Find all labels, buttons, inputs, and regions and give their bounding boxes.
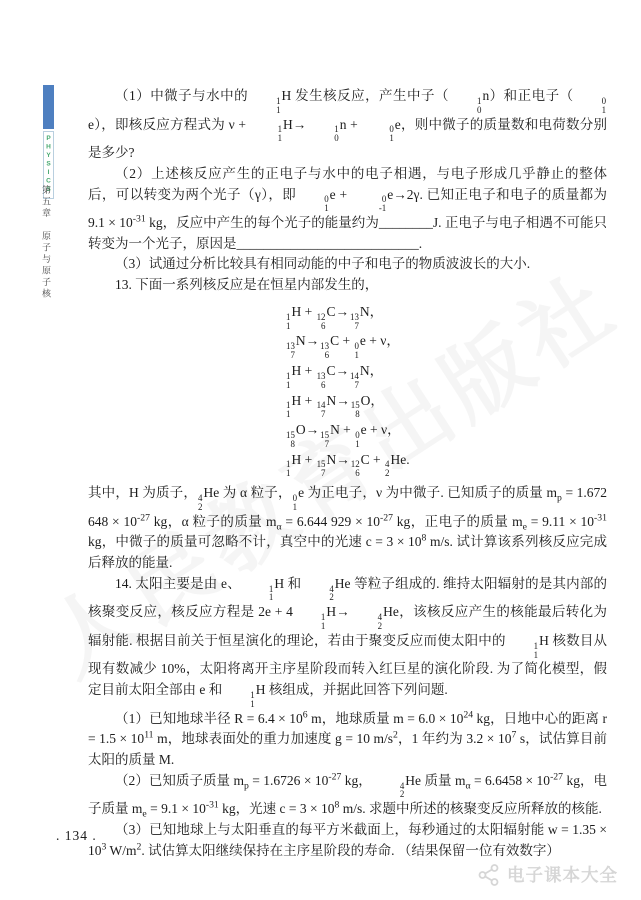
problem-12-part-3: （3）试通过分析比较具有相同动能的中子和电子的物质波波长的大小.: [88, 254, 607, 275]
problem-14-intro: 14. 太阳主要是由 e、11H 和42He 等粒子组成的. 维持太阳辐射的是其…: [88, 574, 607, 709]
brand-watermark: 电子课本大全: [477, 862, 618, 887]
chapter-vertical-label: 第五章 原子与原子核: [40, 185, 53, 300]
brand-name: 电子课本大全: [507, 862, 618, 887]
equation-line-2: 137N→136C + 01e + ν，: [285, 330, 607, 360]
problem-14-part-3: （3）已知地球上与太阳垂直的每平方米截面上，每秒通过的太阳辐射能 w = 1.3…: [88, 820, 607, 861]
page-content: （1）中微子与水中的11H 发生核反应，产生中子（10n）和正电子（01e），即…: [88, 86, 607, 861]
problem-14-part-2: （2）已知质子质量 mp = 1.6726 × 10-27 kg，42He 质量…: [88, 771, 607, 820]
page-number: . 134 .: [56, 828, 97, 844]
problem-13-body: 其中，H 为质子，42He 为 α 粒子，01e 为正电子，ν 为中微子. 已知…: [88, 483, 607, 574]
nuclear-reaction-equations: 11H + 126C→137N， 137N→136C + 01e + ν， 11…: [285, 301, 607, 478]
equation-line-4: 11H + 147N→158O，: [285, 390, 607, 420]
equation-line-3: 11H + 136C→147N，: [285, 360, 607, 390]
problem-13-intro: 13. 下面一系列核反应是在恒星内部发生的，: [88, 275, 607, 296]
share-icon: [477, 863, 501, 887]
textbook-page: 人民教育出版社 PHYSICS 第五章 原子与原子核 （1）中微子与水中的11H…: [0, 0, 641, 900]
chapter-accent-bar: [43, 85, 54, 129]
problem-14-part-1: （1）已知地球半径 R = 6.4 × 106 m，地球质量 m = 6.0 ×…: [88, 709, 607, 771]
problem-12-part-1: （1）中微子与水中的11H 发生核反应，产生中子（10n）和正电子（01e），即…: [88, 86, 607, 164]
problem-12-part-2: （2）上述核反应产生的正电子与水中的电子相遇，与电子形成几乎静止的整体后，可以转…: [88, 164, 607, 255]
equation-line-5: 158O→157N + 01e + ν，: [285, 419, 607, 449]
equation-line-1: 11H + 126C→137N，: [285, 301, 607, 331]
equation-line-6: 11H + 157N→126C + 42He.: [285, 449, 607, 479]
